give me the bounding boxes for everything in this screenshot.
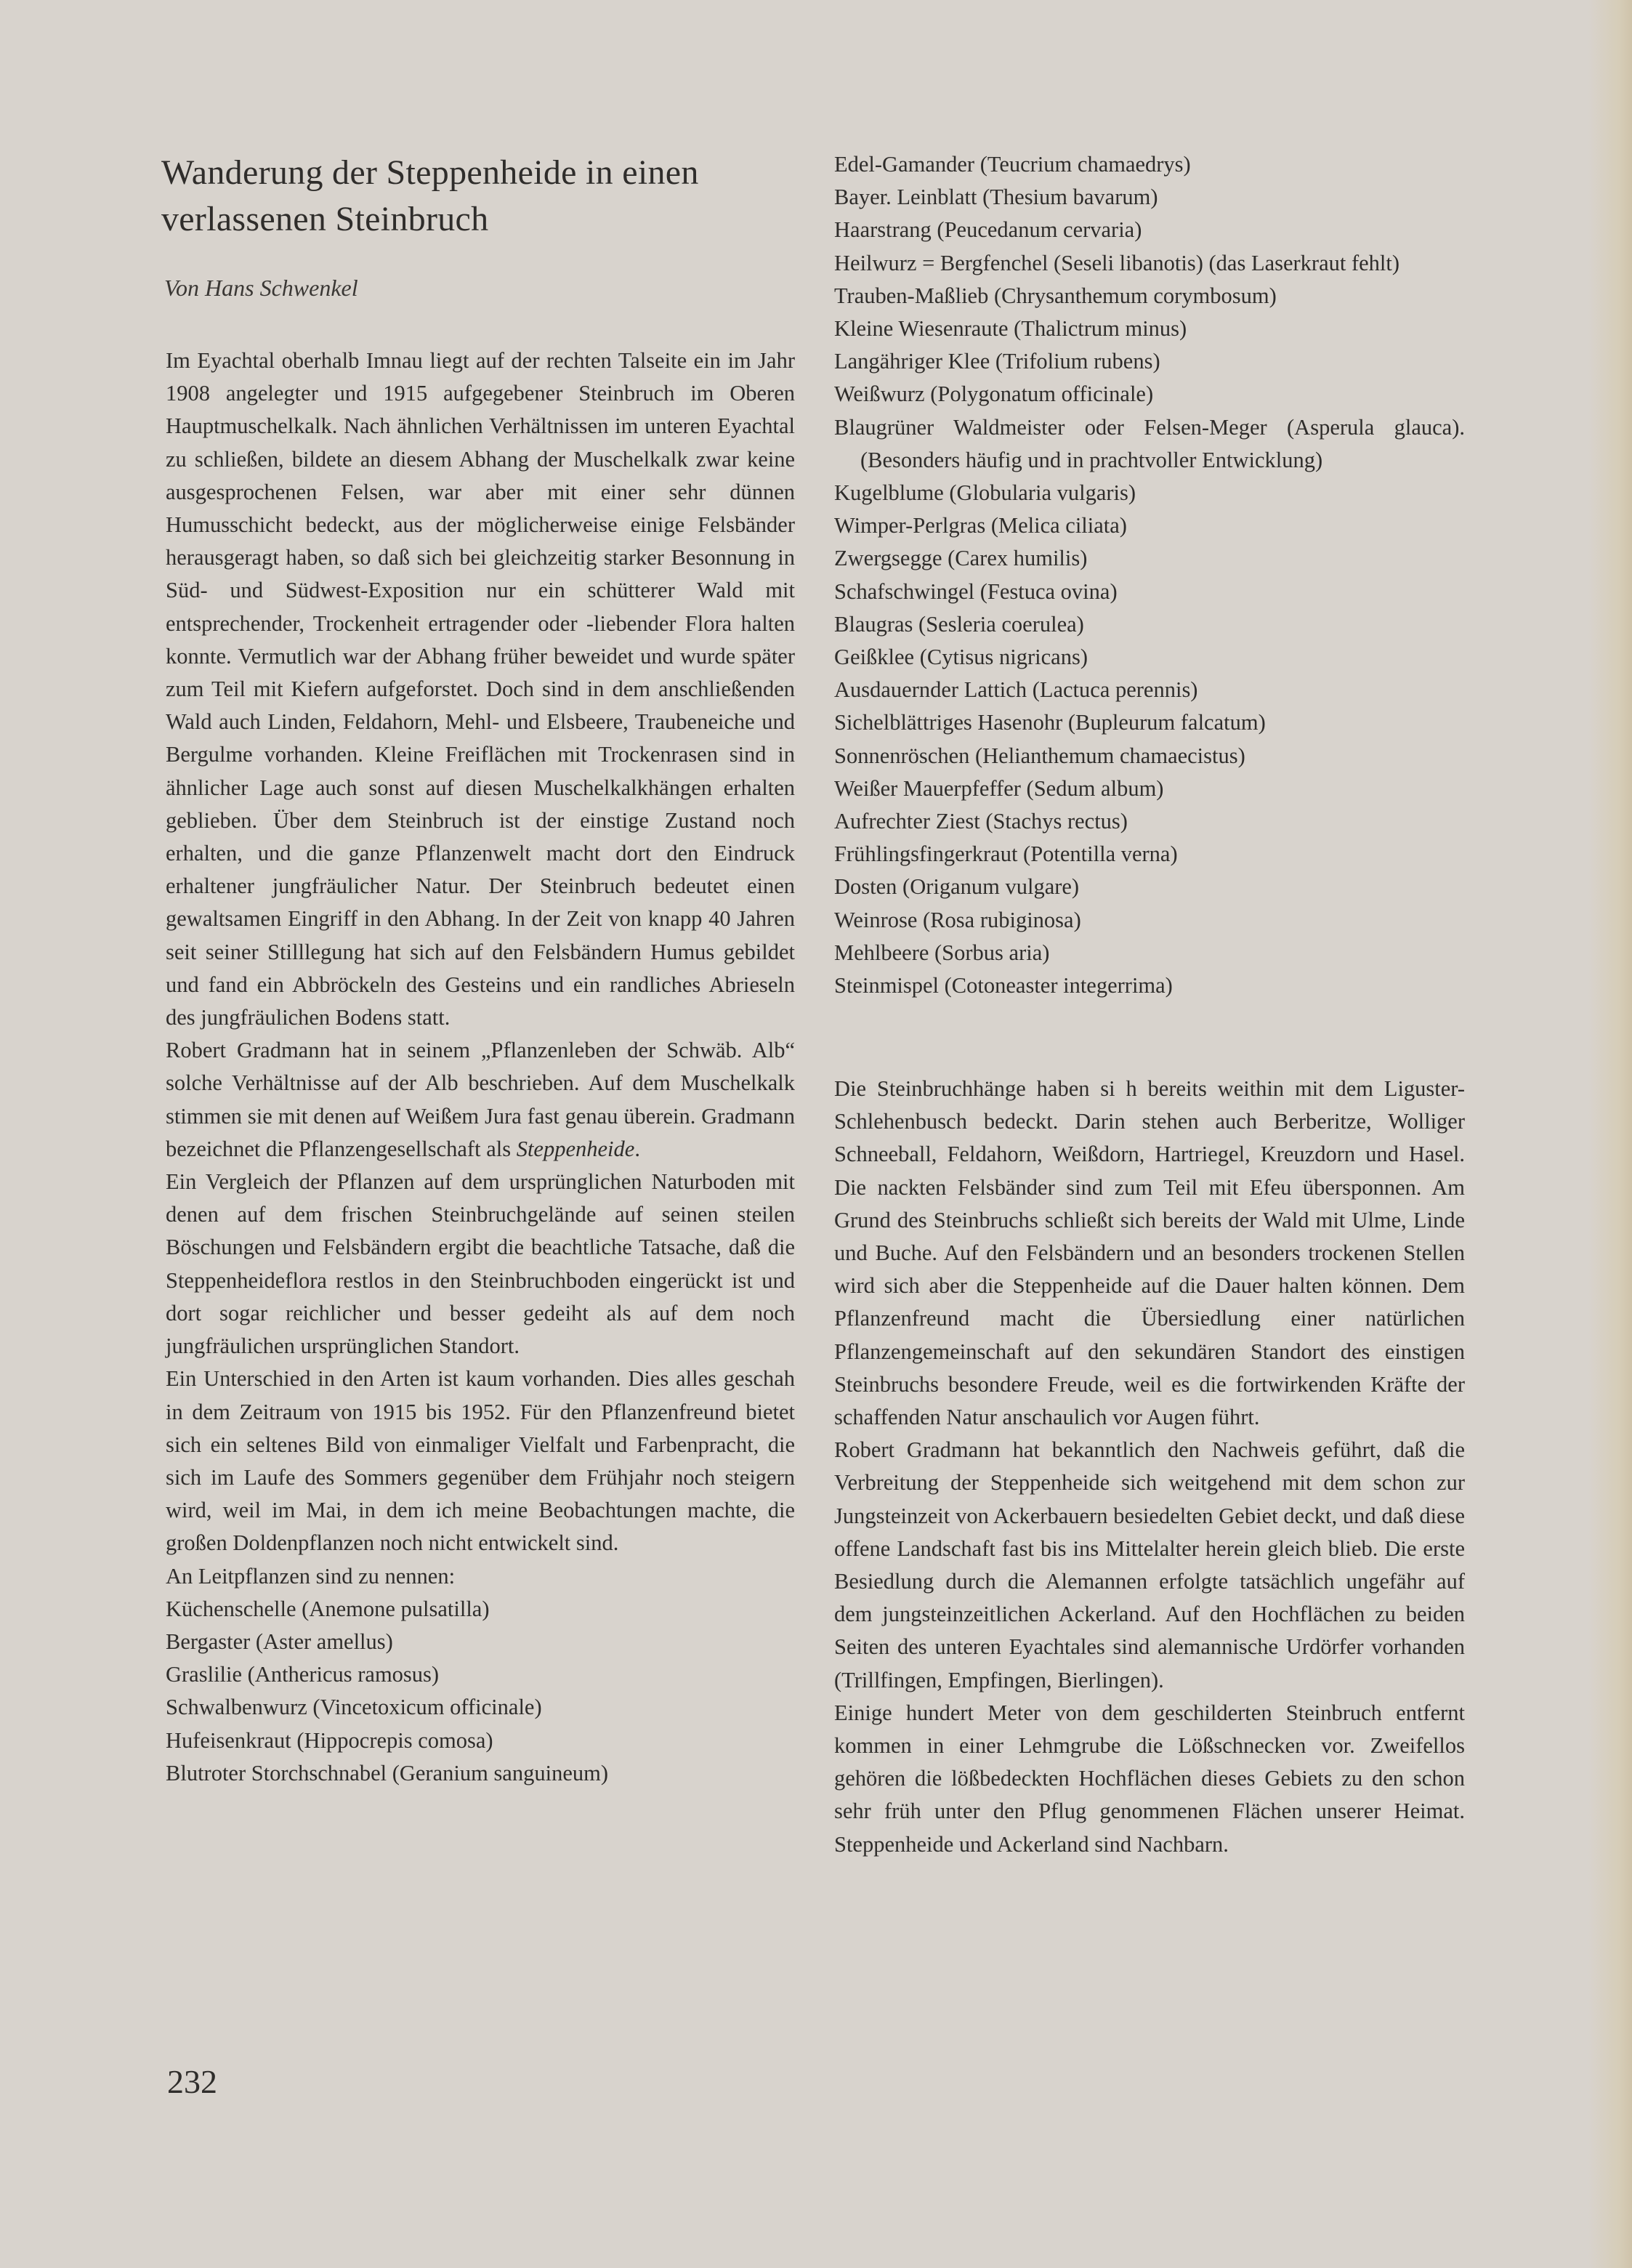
article-title: Wanderung der Steppenheide in einen verl… — [161, 150, 815, 243]
plant-list-item: Haarstrang (Peucedanum cervaria) — [834, 214, 1465, 246]
plant-list-item: Wimper-Perlgras (Melica ciliata) — [834, 509, 1465, 542]
plant-list-item: Küchenschelle (Anemone pulsatilla) — [166, 1593, 795, 1626]
left-column: Im Eyachtal oberhalb Imnau liegt auf der… — [166, 344, 795, 1790]
paragraph-difference: Ein Unterschied in den Arten ist kaum vo… — [166, 1363, 795, 1559]
plant-list-item: Steinmispel (Cotoneaster integerrima) — [834, 969, 1465, 1002]
page-number: 232 — [167, 2062, 217, 2101]
paragraph-gradmann: Robert Gradmann hat in seinem „Pflanzenl… — [166, 1034, 795, 1166]
plant-list-item: Weißer Mauerpfeffer (Sedum album) — [834, 772, 1465, 805]
plant-list-right: Edel-Gamander (Teucrium chamaedrys) Baye… — [834, 148, 1465, 1002]
paragraph-gradmann-nachweis: Robert Gradmann hat bekanntlich den Nach… — [834, 1434, 1465, 1697]
right-column-plant-list: Edel-Gamander (Teucrium chamaedrys) Baye… — [834, 148, 1465, 1002]
plant-list-item: Schwalbenwurz (Vincetoxicum officinale) — [166, 1691, 795, 1724]
plant-list-item: Heilwurz = Bergfenchel (Seseli libanotis… — [834, 247, 1465, 280]
paragraph-gradmann-text: Robert Gradmann hat in seinem „Pflanzenl… — [166, 1038, 795, 1161]
plant-list-item: Bergaster (Aster amellus) — [166, 1626, 795, 1658]
plant-list-item: Dosten (Origanum vulgare) — [834, 871, 1465, 903]
plant-list-item: Blaugrüner Waldmeister oder Felsen-Meger… — [834, 411, 1465, 477]
paragraph-leitpflanzen-intro: An Leitpflanzen sind zu nennen: — [166, 1560, 795, 1593]
plant-list-item: Mehlbeere (Sorbus aria) — [834, 937, 1465, 969]
term-steppenheide: Steppenheide — [517, 1137, 635, 1161]
plant-list-item: Schafschwingel (Festuca ovina) — [834, 576, 1465, 608]
page-edge-shadow — [1588, 0, 1632, 2268]
plant-list-item: Weißwurz (Polygonatum officinale) — [834, 378, 1465, 411]
plant-list-item: Bayer. Leinblatt (Thesium bavarum) — [834, 181, 1465, 214]
plant-list-left: Küchenschelle (Anemone pulsatilla) Berga… — [166, 1593, 795, 1790]
plant-list-item: Blutroter Storchschnabel (Geranium sangu… — [166, 1757, 795, 1790]
plant-list-item: Weinrose (Rosa rubiginosa) — [834, 904, 1465, 937]
paragraph-gradmann-end: . — [634, 1137, 640, 1161]
paragraph-steinbruchhaenge: Die Steinbruchhänge haben si h bereits w… — [834, 1073, 1465, 1434]
paragraph-intro: Im Eyachtal oberhalb Imnau liegt auf der… — [166, 344, 795, 1034]
plant-list-item: Aufrechter Ziest (Stachys rectus) — [834, 805, 1465, 838]
plant-list-item: Edel-Gamander (Teucrium chamaedrys) — [834, 148, 1465, 181]
plant-list-item: Blaugras (Sesleria coerulea) — [834, 608, 1465, 641]
paragraph-loessschnecken: Einige hundert Meter von dem geschildert… — [834, 1697, 1465, 1861]
plant-list-item: Sonnenröschen (Helianthemum chamaecistus… — [834, 740, 1465, 772]
plant-list-item: Langähriger Klee (Trifolium rubens) — [834, 345, 1465, 378]
plant-list-item: Sichelblättriges Hasenohr (Bupleurum fal… — [834, 706, 1465, 739]
plant-list-item: Graslilie (Anthericus ramosus) — [166, 1658, 795, 1691]
right-column-text: Die Steinbruchhänge haben si h bereits w… — [834, 1073, 1465, 1861]
plant-list-item: Frühlingsfingerkraut (Potentilla verna) — [834, 838, 1465, 871]
article-byline: Von Hans Schwenkel — [164, 275, 358, 302]
plant-list-item: Kugelblume (Globularia vulgaris) — [834, 477, 1465, 509]
plant-list-item: Hufeisenkraut (Hippocrepis comosa) — [166, 1724, 795, 1757]
plant-list-item: Zwergsegge (Carex humilis) — [834, 542, 1465, 575]
plant-list-item: Ausdauernder Lattich (Lactuca perennis) — [834, 674, 1465, 706]
plant-list-item: Kleine Wiesenraute (Thalictrum minus) — [834, 312, 1465, 345]
paragraph-comparison: Ein Vergleich der Pflanzen auf dem urspr… — [166, 1166, 795, 1363]
plant-list-item: Trauben-Maßlieb (Chrysanthemum corymbosu… — [834, 280, 1465, 312]
plant-list-item: Geißklee (Cytisus nigricans) — [834, 641, 1465, 674]
